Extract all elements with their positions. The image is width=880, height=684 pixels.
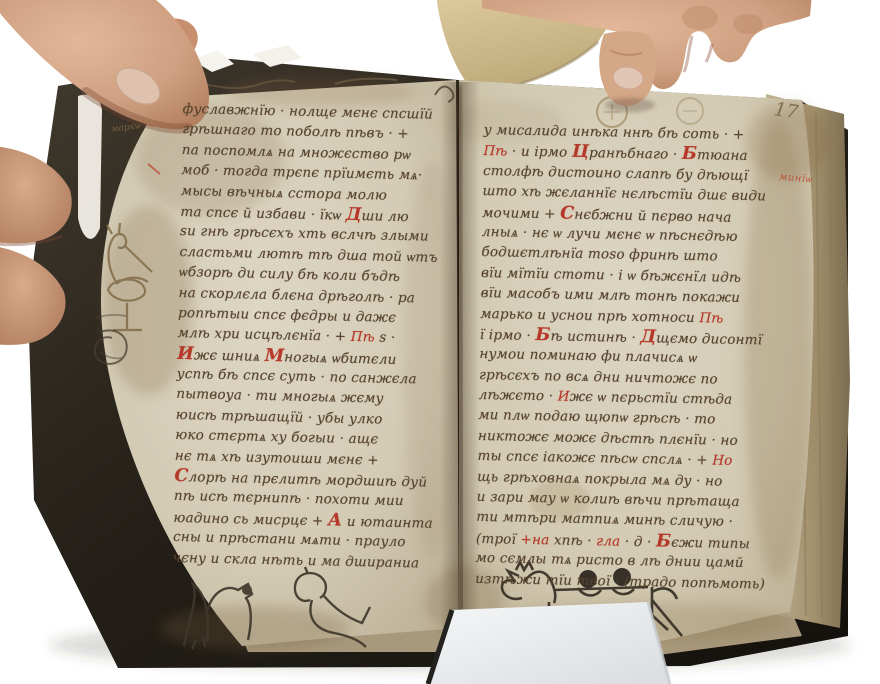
- fingertip-contact-shadow: [605, 98, 655, 112]
- manuscript-photo: фуславжнїю · нолще мєнє спсшїйгрѣшнаго т…: [0, 0, 880, 684]
- finger-crease: [684, 36, 712, 72]
- support-strip: [428, 602, 670, 684]
- knuckle-shading: [682, 6, 718, 30]
- flyleaf-edge: [78, 95, 102, 239]
- knuckle-shading: [733, 14, 763, 34]
- photo-scene: [0, 0, 880, 684]
